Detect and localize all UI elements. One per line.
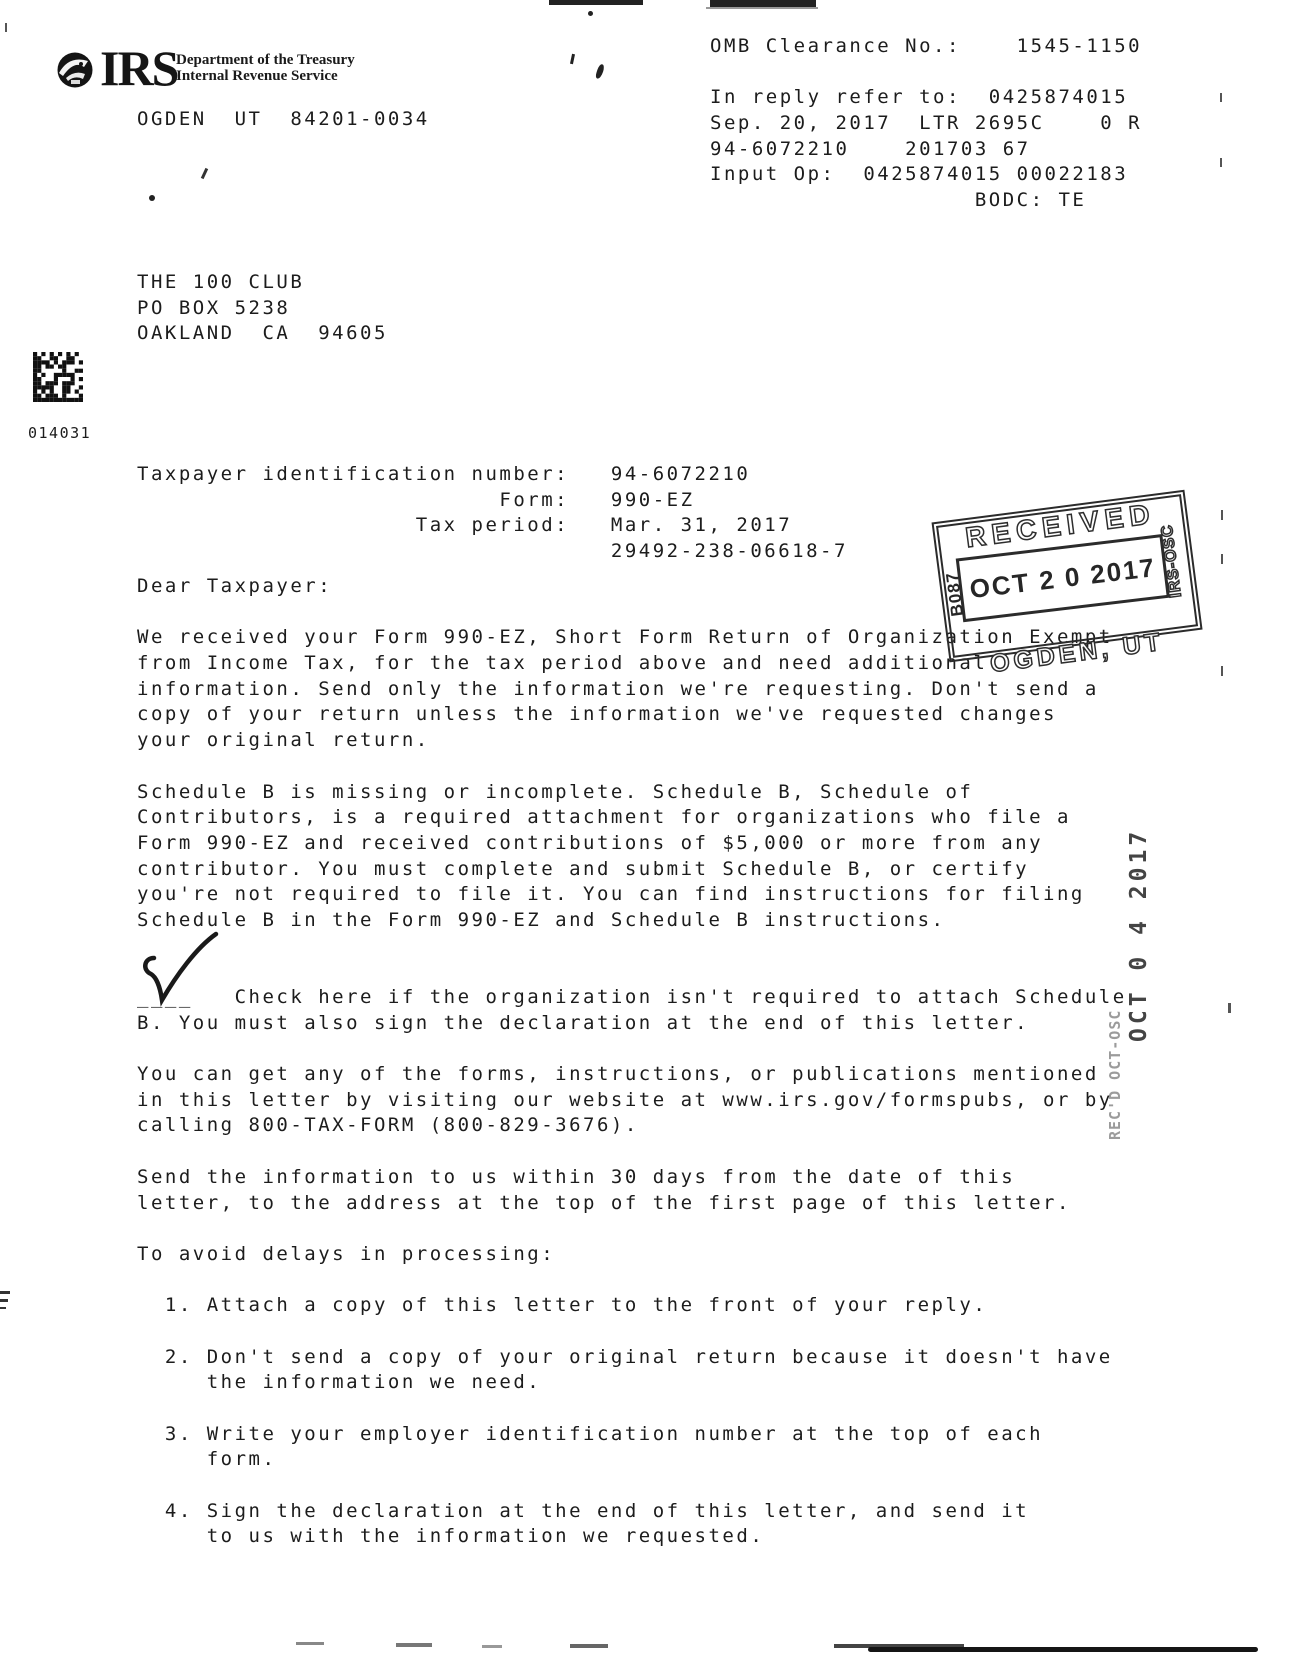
- scan-artifact: [0, 1307, 6, 1309]
- text-line: 3. Write your employer identification nu…: [137, 1422, 1127, 1448]
- tax-info-block: Taxpayer identification number: 94-60722…: [137, 462, 848, 565]
- text-line: Form: 990-EZ: [137, 488, 848, 514]
- scan-artifact: [296, 1642, 324, 1645]
- text-line: OAKLAND CA 94605: [137, 321, 388, 347]
- scan-artifact: [570, 54, 575, 64]
- text-line: in this letter by visiting our website a…: [137, 1088, 1127, 1114]
- text-line: To avoid delays in processing:: [137, 1242, 1127, 1268]
- scan-artifact: [1221, 510, 1223, 520]
- scan-artifact: [549, 0, 643, 5]
- text-line: Tax period: Mar. 31, 2017: [137, 513, 848, 539]
- document-code: 014031: [28, 424, 91, 442]
- text-line: Contributors, is a required attachment f…: [137, 805, 1127, 831]
- scan-artifact: [706, 7, 818, 9]
- recipient-address: THE 100 CLUBPO BOX 5238OAKLAND CA 94605: [137, 270, 388, 347]
- text-line: 2. Don't send a copy of your original re…: [137, 1345, 1127, 1371]
- scan-artifact: [0, 1291, 10, 1294]
- scan-artifact: [710, 0, 816, 7]
- scan-artifact: [1220, 93, 1222, 102]
- scan-artifact: [149, 195, 155, 201]
- scanned-irs-letter: { "header": { "agency_acronym": "IRS", "…: [0, 0, 1296, 1653]
- letter-body: Dear Taxpayer:We received your Form 990-…: [137, 574, 1127, 1550]
- text-line: you're not required to file it. You can …: [137, 882, 1127, 908]
- scan-artifact: [1221, 666, 1223, 676]
- text-line: 4. Sign the declaration at the end of th…: [137, 1499, 1127, 1525]
- text-line: In reply refer to: 0425874015: [710, 85, 1142, 111]
- agency-name-line2: Internal Revenue Service: [176, 68, 355, 84]
- agency-name: Department of the Treasury Internal Reve…: [176, 52, 355, 84]
- text-line: [137, 754, 1127, 780]
- text-line: PO BOX 5238: [137, 296, 388, 322]
- text-line: Taxpayer identification number: 94-60722…: [137, 462, 848, 488]
- scan-artifact: [201, 168, 208, 179]
- text-line: Schedule B in the Form 990-EZ and Schedu…: [137, 908, 1127, 934]
- scan-artifact: [0, 1299, 8, 1302]
- text-line: ____ Check here if the organization isn'…: [137, 985, 1127, 1011]
- scan-artifact: [588, 11, 593, 16]
- text-line: [137, 1268, 1127, 1294]
- treasury-eagle-emblem: [54, 50, 98, 90]
- text-line: copy of your return unless the informati…: [137, 702, 1127, 728]
- text-line: letter, to the address at the top of the…: [137, 1191, 1127, 1217]
- text-line: [710, 60, 1142, 86]
- text-line: [137, 1473, 1127, 1499]
- scan-artifact: [570, 1644, 608, 1648]
- text-line: Schedule B is missing or incomplete. Sch…: [137, 780, 1127, 806]
- text-line: [137, 1396, 1127, 1422]
- text-line: calling 800-TAX-FORM (800-829-3676).: [137, 1113, 1127, 1139]
- irs-logo-text: IRS: [100, 46, 177, 90]
- text-line: [137, 1036, 1127, 1062]
- scan-artifact: [1228, 1003, 1231, 1013]
- text-line: 1. Attach a copy of this letter to the f…: [137, 1293, 1127, 1319]
- text-line: form.: [137, 1447, 1127, 1473]
- scan-artifact: [482, 1645, 502, 1648]
- text-line: [137, 934, 1127, 960]
- received-stamp-date: OCT 2 0 2017: [968, 552, 1158, 605]
- reply-reference-block: OMB Clearance No.: 1545-1150In reply ref…: [710, 34, 1142, 214]
- scan-artifact: [868, 1647, 1258, 1652]
- text-line: to us with the information we requested.: [137, 1524, 1127, 1550]
- text-line: Form 990-EZ and received contributions o…: [137, 831, 1127, 857]
- text-line: Input Op: 0425874015 00022183: [710, 162, 1142, 188]
- text-line: [137, 959, 1127, 985]
- text-line: the information we need.: [137, 1370, 1127, 1396]
- return-address: OGDEN UT 84201-0034: [137, 108, 430, 130]
- scan-artifact: [1220, 158, 1222, 167]
- scan-artifact: [1221, 554, 1223, 564]
- text-line: [137, 1319, 1127, 1345]
- text-line: [137, 1139, 1127, 1165]
- datamatrix-barcode: [33, 352, 83, 402]
- text-line: THE 100 CLUB: [137, 270, 388, 296]
- scan-artifact: [5, 23, 7, 32]
- scan-artifact: [396, 1643, 432, 1647]
- side-received-stamp-text: REC'D OCT-OSC: [1106, 1010, 1124, 1140]
- text-line: your original return.: [137, 728, 1127, 754]
- text-line: OMB Clearance No.: 1545-1150: [710, 34, 1142, 60]
- text-line: 94-6072210 201703 67: [710, 137, 1142, 163]
- text-line: [137, 1216, 1127, 1242]
- agency-name-line1: Department of the Treasury: [176, 52, 355, 68]
- handwritten-checkmark: [136, 928, 224, 1008]
- text-line: You can get any of the forms, instructio…: [137, 1062, 1127, 1088]
- text-line: Send the information to us within 30 day…: [137, 1165, 1127, 1191]
- text-line: Sep. 20, 2017 LTR 2695C 0 R: [710, 111, 1142, 137]
- side-received-stamp-date: OCT 0 4 2017: [1126, 828, 1152, 1042]
- text-line: B. You must also sign the declaration at…: [137, 1011, 1127, 1037]
- scan-artifact: [595, 63, 605, 79]
- text-line: BODC: TE: [710, 188, 1142, 214]
- text-line: 29492-238-06618-7: [137, 539, 848, 565]
- received-stamp: RECEIVED OCT 2 0 2017 B087 IRS-OSC OGDEN…: [936, 494, 1198, 658]
- text-line: contributor. You must complete and submi…: [137, 857, 1127, 883]
